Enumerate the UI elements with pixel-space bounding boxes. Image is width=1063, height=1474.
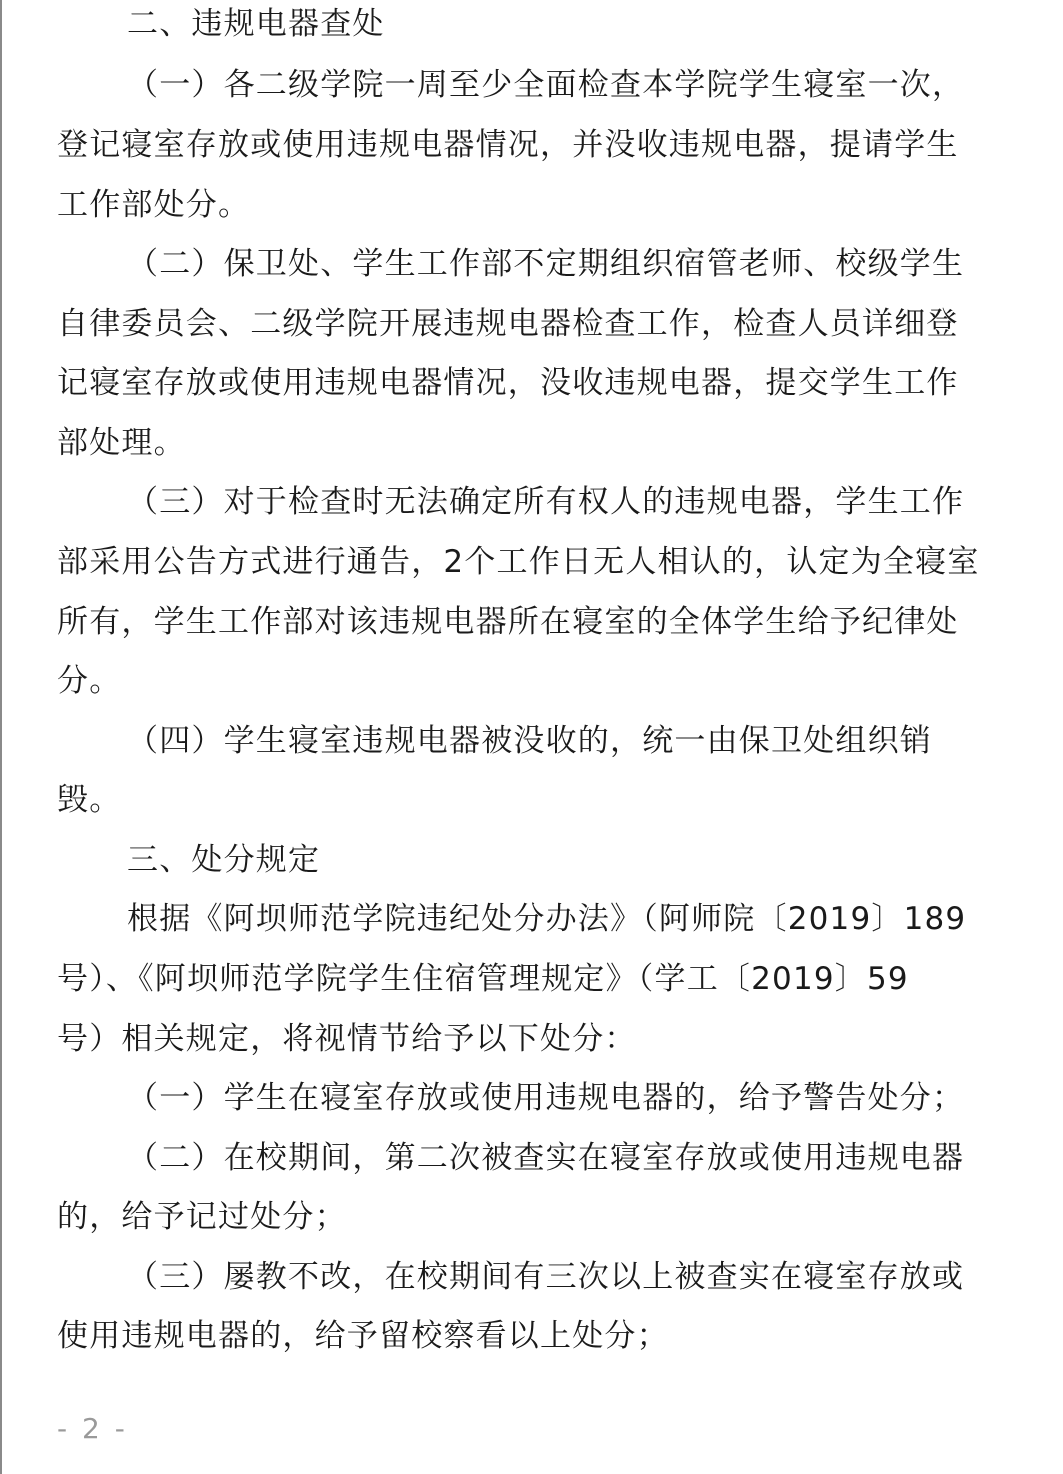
paragraph-line: 的，给予记过处分； bbox=[57, 1197, 347, 1237]
paragraph-line: 部采用公告方式进行通告，2个工作日无人相认的，认定为全寝室 bbox=[57, 542, 980, 582]
paragraph-line: （三）对于检查时无法确定所有权人的违规电器，学生工作 bbox=[127, 482, 964, 522]
section-heading-penalty-rules: 三、处分规定 bbox=[127, 840, 320, 880]
paragraph-line: （三）屡教不改，在校期间有三次以上被查实在寝室存放或 bbox=[127, 1257, 964, 1297]
paragraph-line: 分。 bbox=[57, 661, 121, 701]
section-heading-violation-inspection: 二、违规电器查处 bbox=[127, 4, 385, 44]
paragraph-line: 使用违规电器的，给予留校察看以上处分； bbox=[57, 1316, 669, 1356]
paragraph-line: 自律委员会、二级学院开展违规电器检查工作，检查人员详细登 bbox=[57, 304, 959, 344]
page-number: - 2 - bbox=[57, 1412, 128, 1445]
paragraph-line: 所有，学生工作部对该违规电器所在寝室的全体学生给予纪律处 bbox=[57, 602, 959, 642]
paragraph-line: 号）相关规定，将视情节给予以下处分： bbox=[57, 1019, 637, 1059]
page-left-border bbox=[0, 0, 2, 1474]
paragraph-line: （二）在校期间，第二次被查实在寝室存放或使用违规电器 bbox=[127, 1138, 964, 1178]
paragraph-line: （四）学生寝室违规电器被没收的，统一由保卫处组织销 bbox=[127, 721, 932, 761]
paragraph-line: 工作部处分。 bbox=[57, 185, 250, 225]
paragraph-line: （一）学生在寝室存放或使用违规电器的，给予警告处分； bbox=[127, 1078, 964, 1118]
paragraph-line: 根据《阿坝师范学院违纪处分办法》（阿师院〔2019〕189 bbox=[127, 899, 966, 939]
paragraph-line: 部处理。 bbox=[57, 423, 186, 463]
paragraph-line: （一）各二级学院一周至少全面检查本学院学生寝室一次， bbox=[127, 65, 964, 105]
paragraph-line: 登记寝室存放或使用违规电器情况，并没收违规电器，提请学生 bbox=[57, 125, 959, 165]
paragraph-line: 记寝室存放或使用违规电器情况，没收违规电器，提交学生工作 bbox=[57, 363, 959, 403]
paragraph-line: 毁。 bbox=[57, 780, 121, 820]
paragraph-line: （二）保卫处、学生工作部不定期组织宿管老师、校级学生 bbox=[127, 244, 964, 284]
paragraph-line: 号）、《阿坝师范学院学生住宿管理规定》（学工〔2019〕59 bbox=[57, 959, 909, 999]
